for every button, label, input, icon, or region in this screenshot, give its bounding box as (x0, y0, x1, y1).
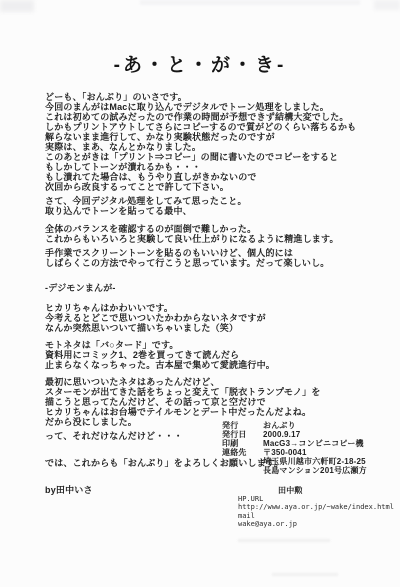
afterword-paragraph-1: どーも、「おんぶり」のいさです。 今回のまんがはMacに取り込んでデジタルでトー… (45, 92, 356, 192)
afterword-page: -あ・と・が・き- どーも、「おんぶり」のいさです。 今回のまんがはMacに取り… (0, 0, 400, 587)
colophon-label: 連絡先 (222, 448, 263, 457)
digimon-paragraph-4: って、それだけなんだけど・・・ (45, 431, 183, 441)
homepage-url: http://www.aya.or.jp/~wake/index.html (238, 503, 394, 511)
afterword-paragraph-3: 全体のバランスを確認するのが面倒で難しかった。 これからもいろいろと実験して良い… (45, 224, 339, 244)
scan-artifact (238, 539, 330, 542)
mail-label: mail (238, 512, 394, 520)
colophon-row-date: 発行日 2000.9.17 (222, 430, 367, 439)
homepage-label: HP.URL (238, 495, 394, 503)
colophon-label: 印刷 (222, 439, 263, 448)
digimon-paragraph-1: ヒカリちゃんはかわいいです。 今考えるとどこで思いついたかわからないネタですが … (45, 303, 266, 333)
mail-address: wake@aya.or.jp (238, 520, 394, 528)
author-name: 田中勲 (278, 486, 367, 495)
scan-artifact (272, 573, 338, 576)
colophon-row-printing: 印刷 MacG3→コンビニコピー機 (222, 439, 367, 448)
colophon-row-contact: 連絡先 〒350-0041 (222, 448, 367, 457)
colophon: 発行 おんぶり 発行日 2000.9.17 印刷 MacG3→コンビニコピー機 … (222, 421, 367, 495)
colophon-label: 発行日 (222, 430, 263, 439)
colophon-value: 2000.9.17 (263, 430, 300, 439)
colophon-value: おんぶり (263, 421, 296, 430)
colophon-value: MacG3→コンビニコピー機 (263, 439, 364, 448)
scan-artifact (140, 0, 360, 5)
digimon-paragraph-3: 最初に思いついたネタはあったんだけど、 スターモンが出てきた話をちょっと変えて「… (45, 377, 321, 427)
afterword-paragraph-2: さて、今回デジタル処理をしてみて思ったこと。 取り込んでトーンを貼ってる最中、 (45, 196, 247, 216)
digimon-paragraph-2: モトネタは「バ○タード」です。 資料用にコミック1、2巻を買ってきて読んだら 止… (45, 340, 275, 370)
afterword-paragraph-4: 手作業でスクリーントーンを貼るのもいいけど、個人的には しばらくこの方法でやって… (45, 248, 329, 268)
digimon-section-heading: -デジモンまんが- (45, 283, 116, 293)
scan-artifact (0, 0, 34, 12)
page-title: -あ・と・が・き- (0, 50, 400, 77)
colophon-value: 〒350-0041 (263, 448, 307, 457)
author-signature: by田中いさ (45, 485, 93, 495)
web-contact-block: HP.URL http://www.aya.or.jp/~wake/index.… (238, 495, 394, 529)
colophon-row-publisher: 発行 おんぶり (222, 421, 367, 430)
colophon-label: 発行 (222, 421, 263, 430)
scan-artifact (374, 0, 400, 10)
contact-address: 埼玉県川越市六軒町2-18-25 長島マンション201号広瀬方 (263, 457, 367, 475)
